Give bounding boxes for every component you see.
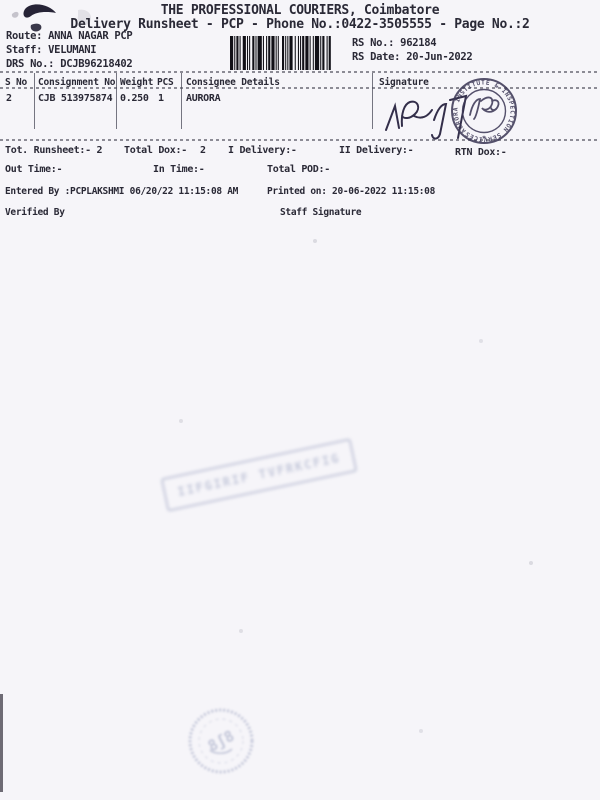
tot-runsheet-field: Tot. Runsheet:- 2 — [5, 145, 102, 156]
stamp-inner-scribble — [470, 97, 499, 119]
total-dox-label: Total Dox:- — [124, 145, 187, 156]
row-s-no: 2 — [6, 93, 12, 104]
col-separator-3 — [181, 73, 182, 129]
header-consignment-no: Consignment No — [38, 77, 115, 88]
ii-delivery-field: II Delivery:- — [339, 145, 413, 156]
row-consignment-no: CJB 513975874 — [38, 93, 112, 104]
divider-top — [0, 71, 600, 73]
drs-no-field: DRS No.: DCJB96218402 — [6, 58, 132, 70]
faded-stamp-center-glyphs: 8ʃ8 — [205, 727, 237, 756]
document-title: THE PROFESSIONAL COURIERS, Coimbatore — [0, 3, 600, 18]
in-time-field: In Time:- — [153, 164, 205, 175]
header-pcs: PCS — [157, 77, 174, 88]
header-consignee-details: Consignee Details — [186, 77, 280, 88]
total-pod-field: Total POD:- — [267, 164, 330, 175]
total-dox-value: 2 — [200, 145, 206, 156]
row-weight: 0.250 — [120, 93, 149, 104]
col-separator-1 — [34, 73, 35, 129]
row-pcs: 1 — [158, 93, 164, 104]
i-delivery-field: I Delivery:- — [228, 145, 297, 156]
entered-by-field: Entered By :PCPLAKSHMI 06/20/22 11:15:08… — [5, 186, 238, 197]
col-separator-4 — [372, 73, 373, 129]
header-s-no: S No — [5, 77, 27, 88]
scan-edge-artifact — [0, 694, 3, 792]
scan-specks — [300, 300, 302, 302]
out-time-field: Out Time:- — [5, 164, 62, 175]
faded-stamp-bottom: 8ʃ8 — [186, 706, 256, 776]
rs-no-field: RS No.: 962184 — [352, 37, 436, 49]
barcode — [230, 36, 334, 70]
verified-by-label: Verified By — [5, 207, 65, 218]
printed-on-field: Printed on: 20-06-2022 11:15:08 — [267, 186, 435, 197]
header-weight: Weight — [120, 77, 153, 88]
rs-date-field: RS Date: 20-Jun-2022 — [352, 51, 472, 63]
rtn-dox-field: RTN Dox:- — [455, 147, 507, 158]
scanned-delivery-runsheet: THE PROFESSIONAL COURIERS, Coimbatore De… — [0, 0, 600, 800]
faded-stamp-middle: IIFGIRIF TVFRKCFIG — [161, 438, 358, 512]
col-separator-2 — [116, 73, 117, 129]
staff-field: Staff: VELUMANI — [6, 44, 96, 56]
star-icon: ★ — [482, 132, 487, 141]
route-field: Route: ANNA NAGAR PCP — [6, 30, 132, 42]
staff-signature-label: Staff Signature — [280, 207, 361, 218]
aurora-inspection-stamp: AURORA INSTITUTE & INSPECTION SERVICES ★ — [448, 75, 520, 147]
row-consignee: AURORA — [186, 93, 220, 104]
